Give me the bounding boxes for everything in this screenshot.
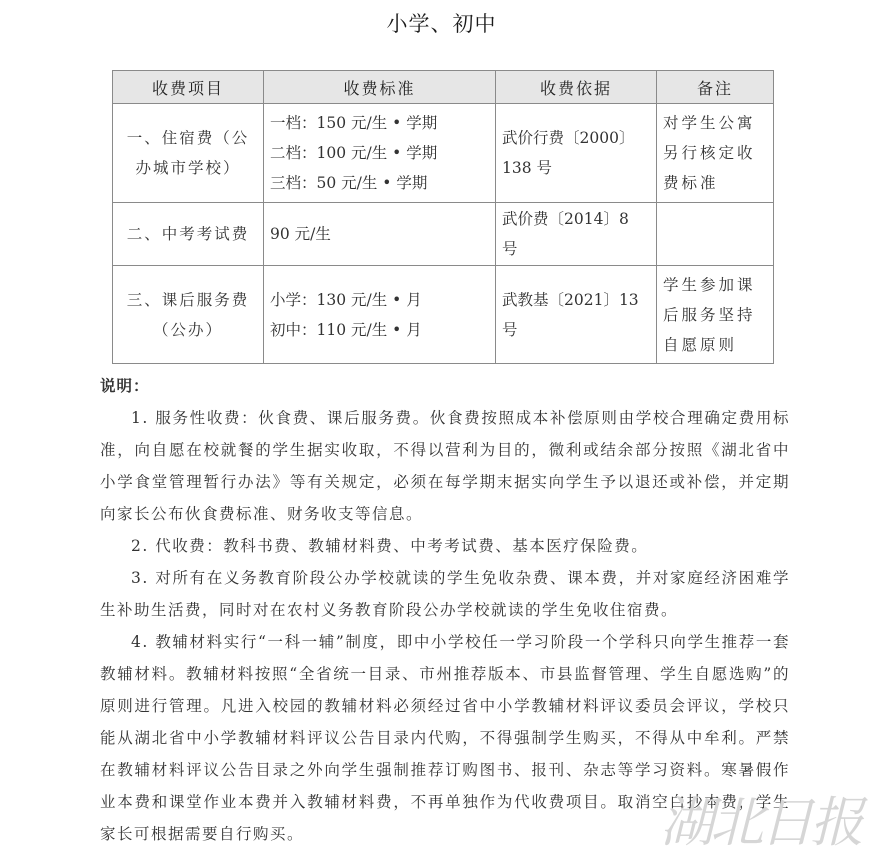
fee-standard-cell: 小学：130 元/生 • 月 初中：110 元/生 • 月 [264,266,496,364]
remark-cell: 对学生公寓 另行核定收 费标准 [657,104,774,203]
remark-cell [657,203,774,266]
fee-basis-line: 武价费〔2014〕8 [502,204,650,234]
remark-line: 后服务坚持 [663,300,767,330]
note-paragraph-3: 3. 对所有在义务教育阶段公办学校就读的学生免收杂费、课本费，并对家庭经济困难学… [100,562,790,626]
fee-basis-line: 号 [502,315,650,345]
page-title: 小学、初中 [0,8,883,38]
remark-line: 对学生公寓 [663,108,767,138]
fee-standard-line: 一档：150 元/生 • 学期 [270,108,489,138]
fee-standard-line: 小学：130 元/生 • 月 [270,285,489,315]
table-row: 二、中考考试费 90 元/生 武价费〔2014〕8 号 [113,203,774,266]
notes-section: 说明： 1. 服务性收费：伙食费、课后服务费。伙食费按照成本补偿原则由学校合理确… [100,370,790,850]
fee-item-line: 三、课后服务费 [119,285,257,315]
fee-basis-cell: 武价费〔2014〕8 号 [496,203,657,266]
header-fee-item: 收费项目 [113,71,264,104]
table-row: 一、住宿费（公 办城市学校） 一档：150 元/生 • 学期 二档：100 元/… [113,104,774,203]
note-paragraph-1: 1. 服务性收费：伙食费、课后服务费。伙食费按照成本补偿原则由学校合理确定费用标… [100,402,790,530]
fee-standard-cell: 90 元/生 [264,203,496,266]
fee-standard-line: 初中：110 元/生 • 月 [270,315,489,345]
fee-item-line: 办城市学校） [119,153,257,183]
remark-cell: 学生参加课 后服务坚持 自愿原则 [657,266,774,364]
fee-basis-line: 号 [502,234,650,264]
fee-table: 收费项目 收费标准 收费依据 备注 一、住宿费（公 办城市学校） 一档：150 … [112,70,774,364]
fee-basis-line: 武价行费〔2000〕 [502,123,650,153]
remark-line: 学生参加课 [663,270,767,300]
fee-item-line: （公办） [119,315,257,345]
fee-item-cell: 二、中考考试费 [113,203,264,266]
fee-basis-cell: 武价行费〔2000〕 138 号 [496,104,657,203]
table-header-row: 收费项目 收费标准 收费依据 备注 [113,71,774,104]
header-remark: 备注 [657,71,774,104]
notes-heading: 说明： [100,370,790,402]
fee-basis-line: 138 号 [502,153,650,183]
fee-item-line: 二、中考考试费 [119,219,257,249]
remark-line: 另行核定收 [663,138,767,168]
header-fee-basis: 收费依据 [496,71,657,104]
fee-standard-line: 三档：50 元/生 • 学期 [270,168,489,198]
header-fee-standard: 收费标准 [264,71,496,104]
fee-basis-line: 武教基〔2021〕13 [502,285,650,315]
fee-item-line: 一、住宿费（公 [119,123,257,153]
remark-line: 自愿原则 [663,330,767,360]
fee-standard-cell: 一档：150 元/生 • 学期 二档：100 元/生 • 学期 三档：50 元/… [264,104,496,203]
note-paragraph-2: 2. 代收费：教科书费、教辅材料费、中考考试费、基本医疗保险费。 [100,530,790,562]
fee-item-cell: 三、课后服务费 （公办） [113,266,264,364]
fee-standard-line: 二档：100 元/生 • 学期 [270,138,489,168]
fee-basis-cell: 武教基〔2021〕13 号 [496,266,657,364]
fee-standard-line: 90 元/生 [270,219,489,249]
table-row: 三、课后服务费 （公办） 小学：130 元/生 • 月 初中：110 元/生 •… [113,266,774,364]
watermark-logo: 湖北日报 [660,780,880,850]
fee-item-cell: 一、住宿费（公 办城市学校） [113,104,264,203]
remark-line: 费标准 [663,168,767,198]
